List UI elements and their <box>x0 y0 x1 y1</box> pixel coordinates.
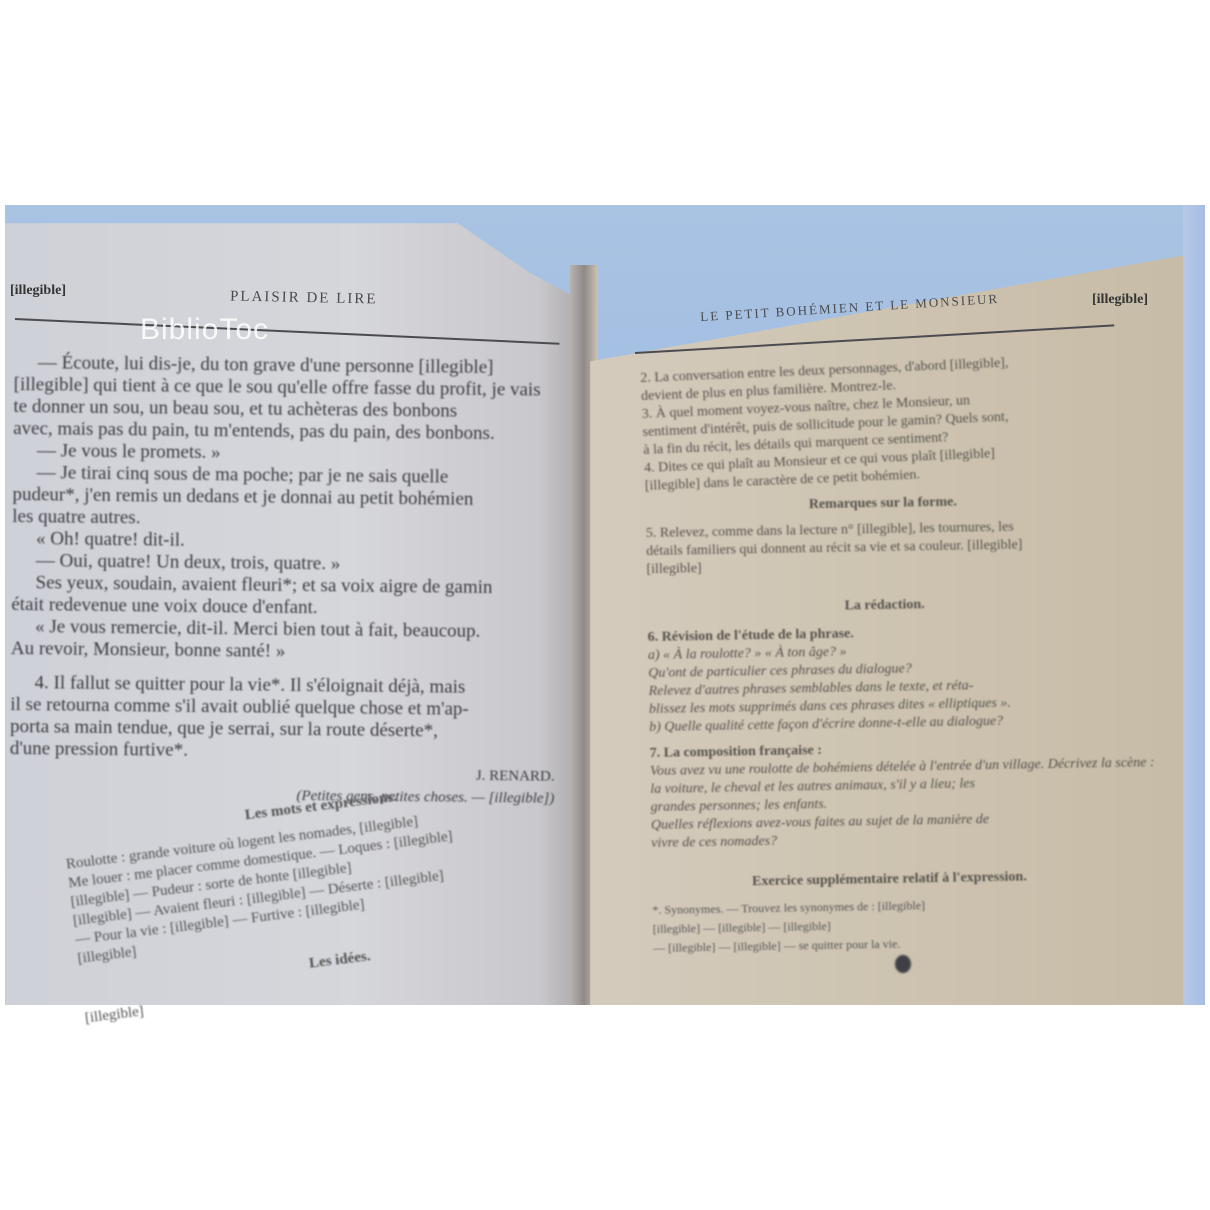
ornament-icon <box>895 955 911 973</box>
right-body: 2. La conversation entre les deux person… <box>640 350 1125 496</box>
right-form-section: Remarques sur la forme. 5. Relevez, comm… <box>645 477 1128 958</box>
section-heading: La rédaction. <box>647 593 1122 619</box>
section-heading: Exercice supplémentaire relatif à l'expr… <box>652 867 1127 893</box>
background-edge <box>1183 205 1205 1005</box>
left-body: — Écoute, lui dis-je, du ton grave d'une… <box>9 352 569 810</box>
text-line: Au revoir, Monsieur, bonne santé! » <box>11 638 566 666</box>
watermark: BiblioToc <box>140 313 269 347</box>
left-page-number: [illegible] <box>10 283 66 299</box>
left-running-head: PLAISIR DE LIRE <box>230 288 378 308</box>
section-heading: Remarques sur la forme. <box>645 491 1120 517</box>
right-page-number: [illegible] <box>1092 292 1148 308</box>
